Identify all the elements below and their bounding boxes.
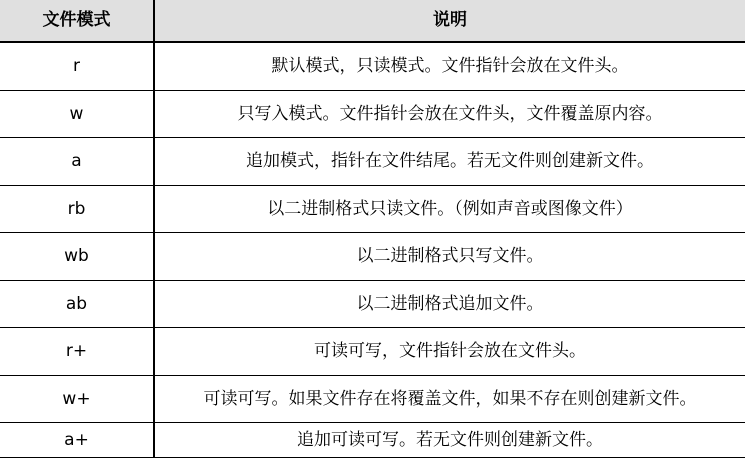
column-header-file-mode: 文件模式 <box>0 0 155 41</box>
description-cell: 只写入模式。文件指针会放在文件头，文件覆盖原内容。 <box>155 91 745 138</box>
table-row: a+ 追加可读可写。若无文件则创建新文件。 <box>0 423 745 458</box>
mode-cell: w+ <box>0 376 155 423</box>
table-row: a 追加模式，指针在文件结尾。若无文件则创建新文件。 <box>0 138 745 186</box>
table-row: r 默认模式，只读模式。文件指针会放在文件头。 <box>0 43 745 91</box>
table-row: r+ 可读可写，文件指针会放在文件头。 <box>0 328 745 376</box>
table-row: w 只写入模式。文件指针会放在文件头，文件覆盖原内容。 <box>0 91 745 139</box>
description-cell: 以二进制格式追加文件。 <box>155 281 745 328</box>
mode-cell: w <box>0 91 155 138</box>
description-cell: 默认模式，只读模式。文件指针会放在文件头。 <box>155 43 745 90</box>
table-row: rb 以二进制格式只读文件。（例如声音或图像文件） <box>0 186 745 234</box>
description-cell: 可读可写，文件指针会放在文件头。 <box>155 328 745 375</box>
table-row: w+ 可读可写。如果文件存在将覆盖文件，如果不存在则创建新文件。 <box>0 376 745 424</box>
table-header-row: 文件模式 说明 <box>0 0 745 43</box>
column-header-description: 说明 <box>155 0 745 41</box>
mode-cell: r <box>0 43 155 90</box>
mode-cell: ab <box>0 281 155 328</box>
mode-cell: a <box>0 138 155 185</box>
description-cell: 以二进制格式只读文件。（例如声音或图像文件） <box>155 186 745 233</box>
table-row: ab 以二进制格式追加文件。 <box>0 281 745 329</box>
table-body: r 默认模式，只读模式。文件指针会放在文件头。 w 只写入模式。文件指针会放在文… <box>0 43 745 458</box>
mode-cell: rb <box>0 186 155 233</box>
file-mode-table: 文件模式 说明 r 默认模式，只读模式。文件指针会放在文件头。 w 只写入模式。… <box>0 0 745 458</box>
table-row: wb 以二进制格式只写文件。 <box>0 233 745 281</box>
mode-cell: a+ <box>0 423 155 457</box>
description-cell: 可读可写。如果文件存在将覆盖文件，如果不存在则创建新文件。 <box>155 376 745 423</box>
mode-cell: wb <box>0 233 155 280</box>
description-cell: 追加模式，指针在文件结尾。若无文件则创建新文件。 <box>155 138 745 185</box>
mode-cell: r+ <box>0 328 155 375</box>
description-cell: 以二进制格式只写文件。 <box>155 233 745 280</box>
description-cell: 追加可读可写。若无文件则创建新文件。 <box>155 423 745 457</box>
